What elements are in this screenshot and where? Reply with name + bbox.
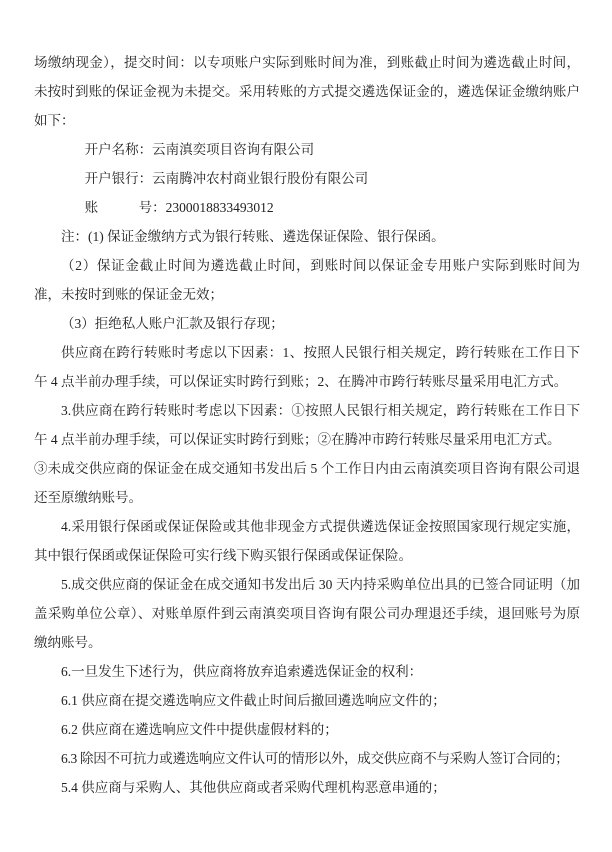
paragraph-note-2: （2）保证金截止时间为遴选截止时间，到账时间以保证金专用账户实际到账时间为准，未… [34,251,580,309]
document-page: 场缴纳现金），提交时间：以专项账户实际到账时间为准，到账截止时间为遴选截止时间，… [0,0,612,852]
paragraph-note-3: （3）拒绝私人账户汇款及银行存现； [34,309,580,338]
paragraph-note-1: 注：(1) 保证金缴纳方式为银行转账、遴选保证保险、银行保函。 [34,222,580,251]
paragraph-item-6-1: 6.1 供应商在提交遴选响应文件截止时间后撤回遴选响应文件的； [34,686,580,715]
paragraph-item-4-guarantee: 4.采用银行保函或保证保险或其他非现金方式提供遴选保证金按照国家现行规定实施，其… [34,512,580,570]
paragraph-account-number: 账 号：2300018833493012 [34,193,580,222]
paragraph-item-5-refund-successful: 5.成交供应商的保证金在成交通知书发出后 30 天内持采购单位出具的已签合同证明… [34,570,580,657]
paragraph-bank-name: 开户银行：云南腾冲农村商业银行股份有限公司 [34,164,580,193]
paragraph-item-5-4: 5.4 供应商与采购人、其他供应商或者采购代理机构恶意串通的； [34,773,580,802]
paragraph-refund-unsuccessful: ③未成交供应商的保证金在成交通知书发出后 5 个工作日内由云南滇奕项目咨询有限公… [34,454,580,512]
paragraph-transfer-factors: 供应商在跨行转账时考虑以下因素：1、按照人民银行相关规定，跨行转账在工作日下午 … [34,338,580,396]
paragraph-deposit-submission: 场缴纳现金），提交时间：以专项账户实际到账时间为准，到账截止时间为遴选截止时间，… [34,48,580,135]
paragraph-account-name: 开户名称：云南滇奕项目咨询有限公司 [34,135,580,164]
paragraph-item-6-2: 6.2 供应商在遴选响应文件中提供虚假材料的； [34,715,580,744]
paragraph-item-6-forfeit: 6.一旦发生下述行为，供应商将放弃追索遴选保证金的权利： [34,657,580,686]
paragraph-item-3-transfer-factors: 3.供应商在跨行转账时考虑以下因素：①按照人民银行相关规定，跨行转账在工作日下午… [34,396,580,454]
paragraph-item-6-3: 6.3 除因不可抗力或遴选响应文件认可的情形以外，成交供应商不与采购人签订合同的… [34,744,580,773]
